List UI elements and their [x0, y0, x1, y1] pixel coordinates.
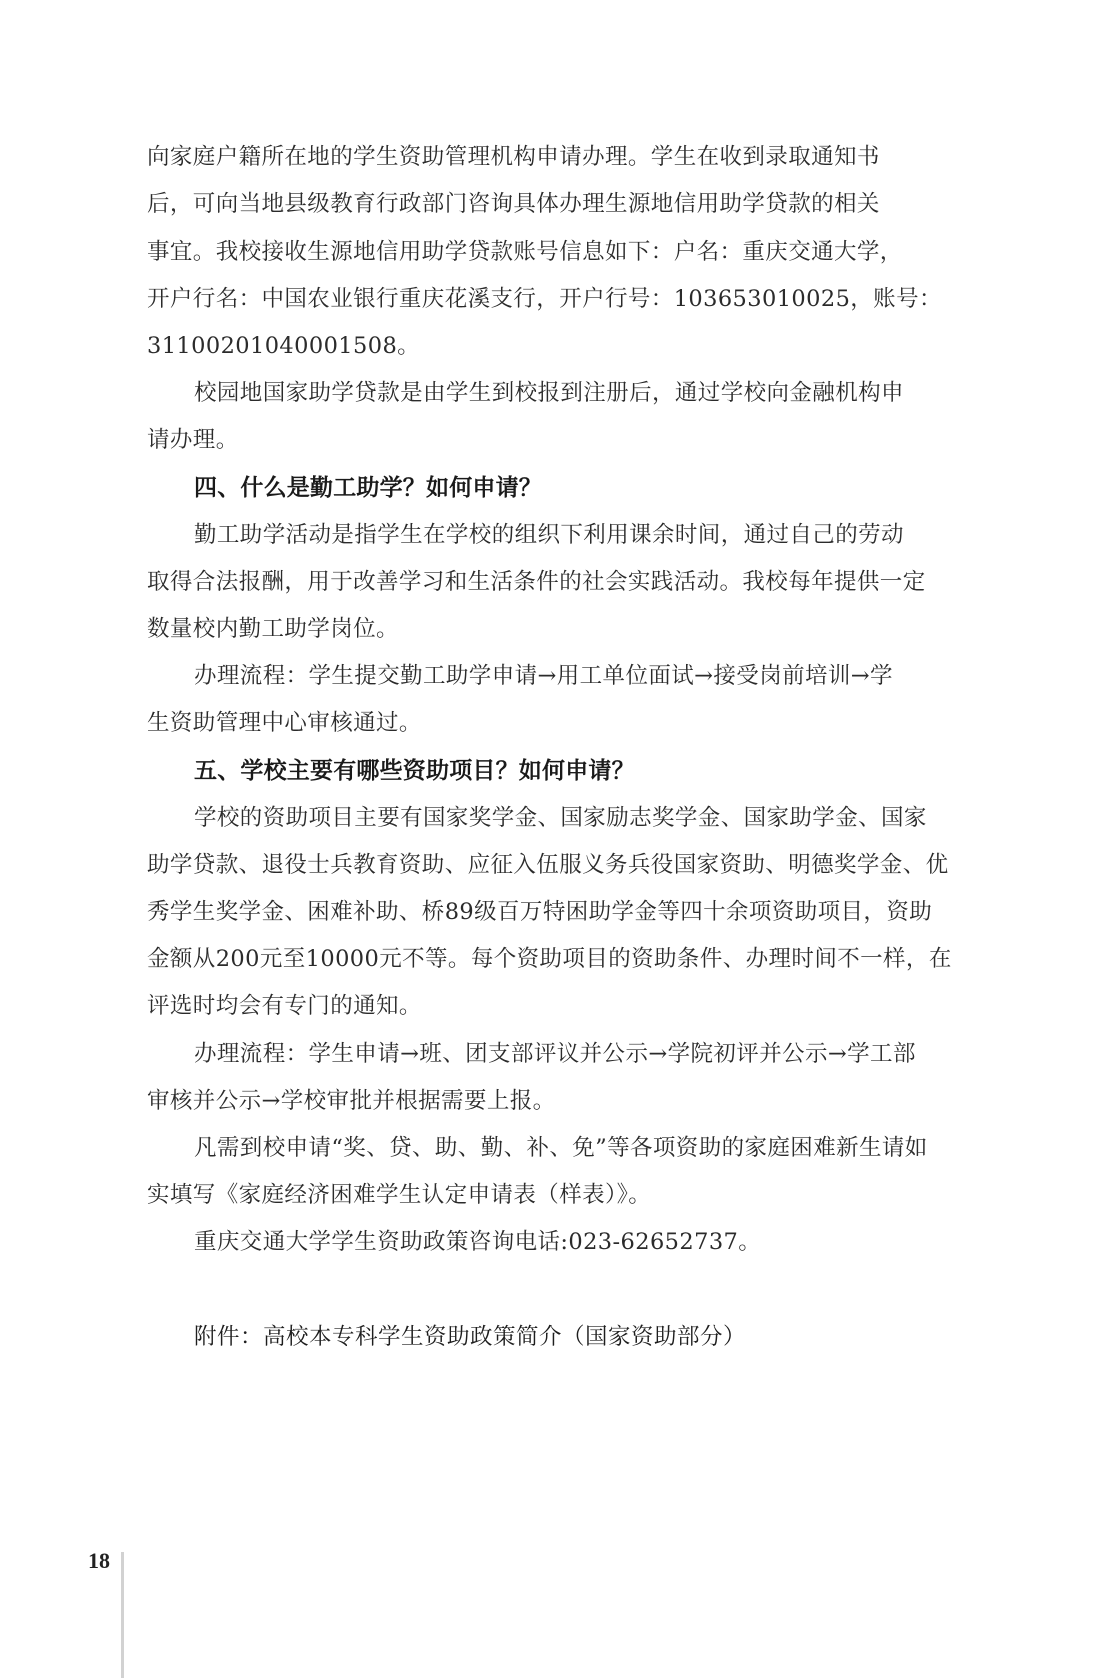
- document-page: 向家庭户籍所在地的学生资助管理机构申请办理。学生在收到录取通知书 后，可向当地县…: [0, 0, 1110, 1678]
- page-number: 18: [88, 1548, 110, 1574]
- attachment-note: 附件：高校本专科学生资助政策简介（国家资助部分）: [194, 1322, 746, 1352]
- paragraph-line: 事宜。我校接收生源地信用助学贷款账号信息如下：户名：重庆交通大学，: [147, 237, 903, 267]
- section-heading-aid-programs: 五、学校主要有哪些资助项目？如何申请？: [194, 756, 635, 786]
- paragraph-line: 数量校内勤工助学岗位。: [147, 614, 399, 644]
- paragraph-line: 后，可向当地县级教育行政部门咨询具体办理生源地信用助学贷款的相关: [147, 189, 880, 219]
- paragraph-line: 校园地国家助学贷款是由学生到校报到注册后，通过学校向金融机构申: [194, 378, 904, 408]
- contact-phone-line: 重庆交通大学学生资助政策咨询电话:023-62652737。: [194, 1227, 761, 1257]
- paragraph-line: 学校的资助项目主要有国家奖学金、国家励志奖学金、国家助学金、国家: [194, 803, 927, 833]
- process-flow-line: 办理流程：学生提交勤工助学申请→用工单位面试→接受岗前培训→学: [194, 661, 893, 691]
- section-heading-work-study: 四、什么是勤工助学？如何申请？: [194, 473, 542, 503]
- process-flow-line: 生资助管理中心审核通过。: [147, 708, 422, 738]
- page-margin-rule: [121, 1552, 124, 1678]
- paragraph-line: 勤工助学活动是指学生在学校的组织下利用课余时间，通过自己的劳动: [194, 520, 904, 550]
- paragraph-line: 取得合法报酬，用于改善学习和生活条件的社会实践活动。我校每年提供一定: [147, 567, 926, 597]
- paragraph-line: 秀学生奖学金、困难补助、桥89级百万特困助学金等四十余项资助项目，资助: [147, 897, 932, 927]
- process-flow-line: 审核并公示→学校审批并根据需要上报。: [147, 1086, 556, 1116]
- paragraph-line: 金额从200元至10000元不等。每个资助项目的资助条件、办理时间不一样，在: [147, 944, 952, 974]
- paragraph-line: 评选时均会有专门的通知。: [147, 991, 422, 1021]
- paragraph-line: 请办理。: [147, 425, 239, 455]
- paragraph-line: 实填写《家庭经济困难学生认定申请表（样表）》。: [147, 1180, 651, 1210]
- account-number-line: 3110020104000150​8。: [147, 331, 420, 361]
- paragraph-line: 向家庭户籍所在地的学生资助管理机构申请办理。学生在收到录取通知书: [147, 142, 880, 172]
- paragraph-line: 助学贷款、退役士兵教育资助、应征入伍服义务兵役国家资助、明德奖学金、优: [147, 850, 949, 880]
- paragraph-line: 开户行名：中国农业银行重庆花溪支行，开户行号：103653010025，账号：: [147, 284, 942, 314]
- process-flow-line: 办理流程：学生申请→班、团支部评议并公示→学院初评并公示→学工部: [194, 1039, 916, 1069]
- paragraph-line: 凡需到校申请“奖、贷、助、勤、补、免”等各项资助的家庭困难新生请如: [194, 1133, 928, 1163]
